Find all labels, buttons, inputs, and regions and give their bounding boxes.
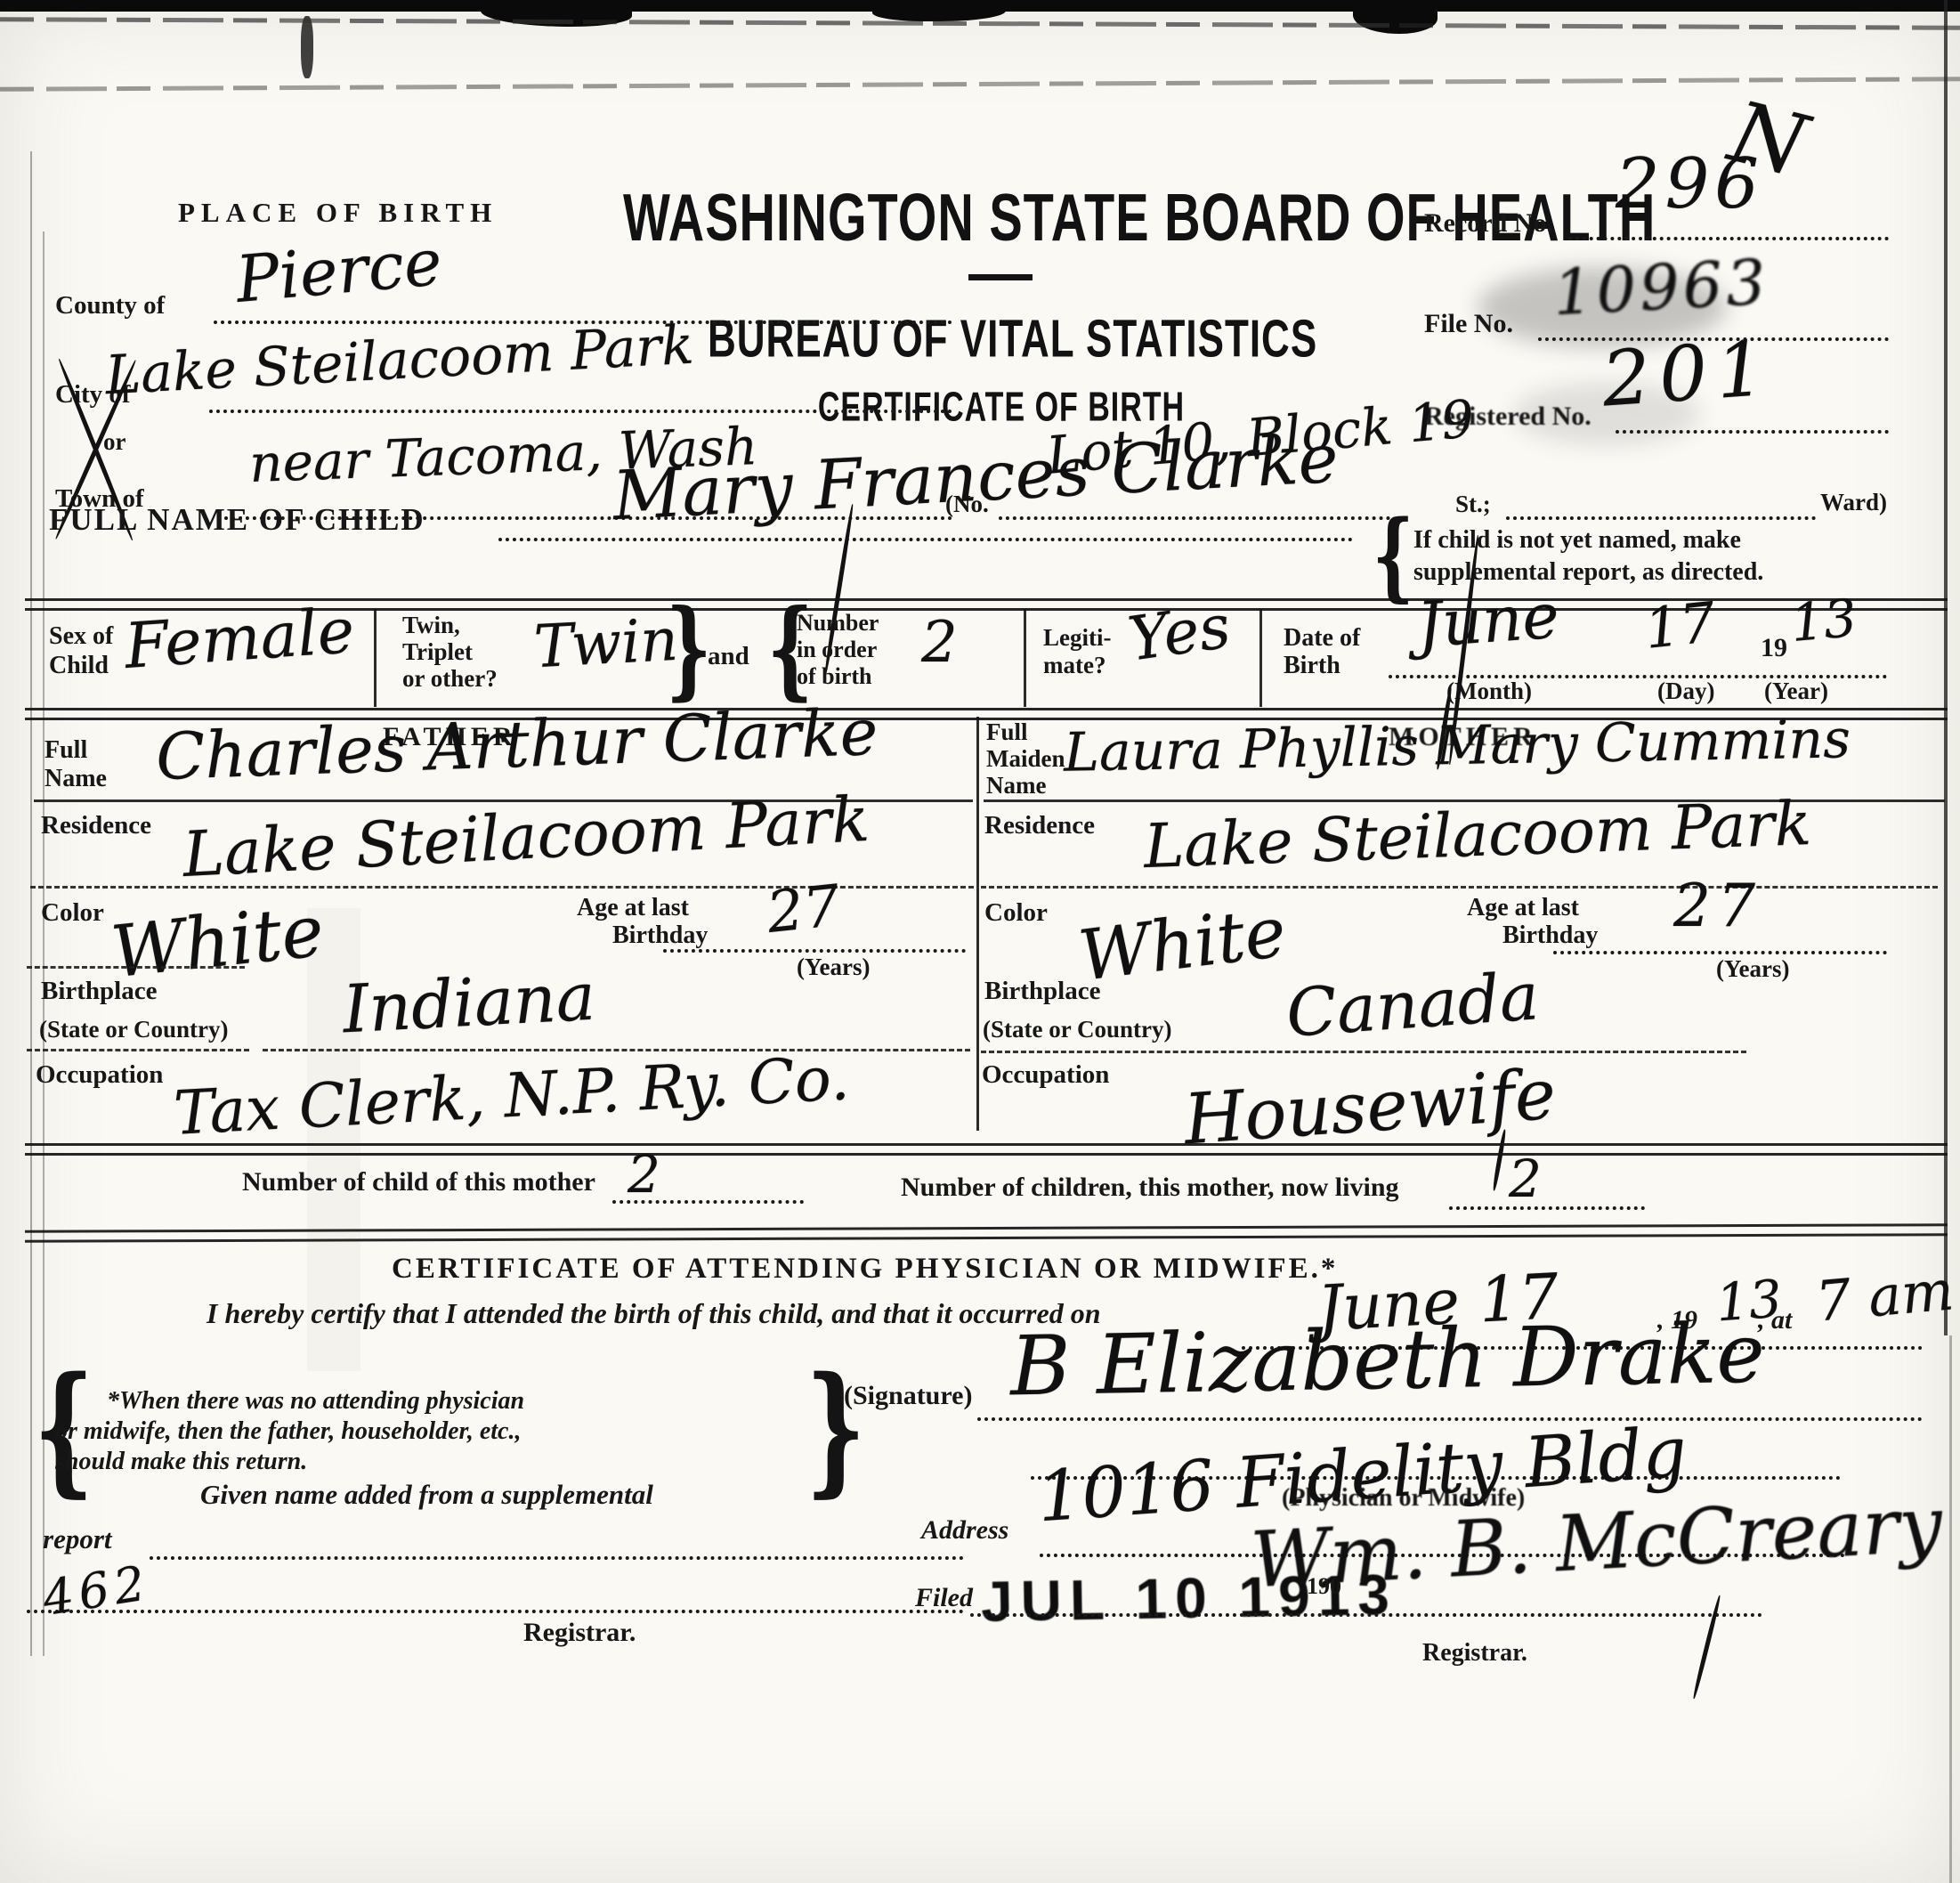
scan-noise-line (0, 77, 1960, 92)
physician-section-heading: CERTIFICATE OF ATTENDING PHYSICIAN OR MI… (392, 1254, 1338, 1286)
place-of-birth-label: PLACE OF BIRTH (178, 198, 498, 227)
registered-no-value: 201 (1600, 330, 1776, 418)
vitals-divider (374, 609, 377, 707)
twin-label-l2: Triplet (402, 639, 473, 665)
count-child-value: 2 (628, 1148, 660, 1200)
st-label: St.; (1455, 491, 1491, 517)
supplemental-note: Given name added from a supplemental (200, 1480, 653, 1511)
mother-birthplace-line (981, 1051, 1746, 1053)
order-label-l1: Number (797, 611, 879, 636)
signature-value: B Elizabeth Drake (1009, 1313, 1765, 1408)
mother-name-label-l1: Full (986, 719, 1028, 745)
filed-label: Filed (915, 1583, 973, 1613)
report-label: report (43, 1524, 112, 1555)
twin-label-l3: or other? (402, 666, 498, 692)
day-label: (Day) (1657, 678, 1714, 704)
father-birthplace-sub: (State or Country) (39, 1017, 228, 1043)
twin-brace-close: } (666, 595, 711, 702)
signature-line (977, 1417, 1923, 1421)
registered-no-line (1616, 430, 1889, 434)
dob-year-printed: 19 (1761, 634, 1787, 662)
record-no-label: Record No. (1424, 209, 1553, 238)
legitimate-label-l1: Legiti- (1043, 625, 1111, 651)
physician-note-l3: should make this return. (55, 1448, 307, 1475)
scan-right-edge-line (1949, 1335, 1952, 1883)
order-label-l2: in order (797, 637, 877, 662)
child-note-line2: supplemental report, as directed. (1413, 559, 1763, 586)
county-value: Pierce (233, 230, 444, 312)
mother-residence-value: Lake Steilacoom Park (1143, 794, 1812, 878)
count-child-label: Number of child of this mother (242, 1168, 595, 1197)
child-name-line (498, 538, 1353, 541)
father-name-label-l2: Name (45, 766, 107, 792)
lot-no-line (999, 516, 1390, 520)
county-label: County of (55, 292, 165, 320)
mother-age-line (1553, 951, 1887, 954)
father-occupation-value: Tax Clerk, N.P. Ry. Co. (173, 1049, 851, 1145)
pen-tail (1692, 1595, 1722, 1700)
scan-edge-mark (301, 16, 313, 78)
count-living-label: Number of children, this mother, now liv… (901, 1173, 1399, 1202)
city-line (209, 410, 952, 413)
vitals-divider (1259, 609, 1262, 707)
mother-age-label-l2: Birthday (1502, 922, 1598, 949)
legitimate-label-l2: mate? (1043, 653, 1106, 678)
rule-above-counts (25, 1143, 1948, 1156)
father-birthplace-line (263, 1049, 970, 1051)
registrar-left-label: Registrar. (523, 1619, 636, 1647)
or-label: or (103, 429, 126, 455)
sex-value: Female (123, 599, 356, 678)
filed-line (970, 1613, 1762, 1617)
child-note-brace: { (1373, 507, 1413, 604)
mother-occupation-label: Occupation (982, 1061, 1109, 1089)
file-no-label: File No. (1424, 310, 1513, 338)
mother-residence-label: Residence (984, 812, 1095, 840)
order-value: 2 (921, 614, 958, 671)
father-age-label-l2: Birthday (612, 922, 708, 949)
scan-top-blob (1353, 0, 1438, 34)
vitals-divider (1024, 609, 1026, 707)
dob-day-value: 17 (1642, 595, 1718, 657)
father-years-label: (Years) (797, 954, 870, 980)
physician-note-l2: or midwife, then the father, householder… (55, 1417, 521, 1445)
scan-left-edge-line (30, 151, 32, 1656)
twin-value: Twin (532, 611, 679, 677)
page-number: 462 (40, 1559, 154, 1623)
title-divider (968, 274, 1033, 280)
father-birthplace-label: Birthplace (41, 978, 158, 1005)
dob-label-l2: Birth (1284, 653, 1340, 679)
st-line (1506, 516, 1816, 520)
mother-color-label: Color (984, 899, 1048, 927)
father-age-value: 27 (765, 878, 843, 942)
scan-top-blob (872, 0, 1006, 21)
physician-note-brace-close: } (806, 1359, 866, 1499)
father-color-value: White (108, 896, 327, 989)
scanned-birth-certificate: N PLACE OF BIRTH WASHINGTON STATE BOARD … (0, 0, 1960, 1883)
mother-birthplace-value: Canada (1284, 963, 1541, 1047)
father-color-row-line (27, 966, 245, 969)
mother-name-label-l3: Name (986, 773, 1046, 799)
file-no-value: 10963 (1551, 251, 1770, 325)
twin-label-l1: Twin, (402, 613, 460, 638)
bureau-title: BUREAU OF VITAL STATISTICS (708, 310, 1295, 370)
registrar-right-label: Registrar. (1422, 1640, 1527, 1667)
sex-label-l2: Child (49, 653, 109, 679)
father-residence-value: Lake Steilacoom Park (182, 788, 871, 886)
count-living-line (1449, 1206, 1645, 1210)
mother-age-label-l1: Age at last (1467, 895, 1579, 921)
father-occupation-label: Occupation (36, 1061, 163, 1089)
certify-statement: I hereby certify that I attended the bir… (207, 1298, 1100, 1330)
father-birthplace-line-left (27, 1049, 249, 1051)
mother-name-value: Laura Phyllis Mary Cummins (1064, 712, 1851, 779)
report-line (150, 1556, 964, 1560)
parent-columns-divider (976, 717, 979, 1131)
certify-time-value: 7 am (1814, 1262, 1956, 1329)
scan-right-edge-line (1944, 0, 1948, 1335)
sex-label-l1: Sex of (49, 623, 113, 650)
signature-label: (Signature) (844, 1382, 972, 1410)
dob-label-l1: Date of (1284, 625, 1360, 652)
legitimate-value: Yes (1125, 597, 1234, 670)
mother-birthplace-label: Birthplace (984, 978, 1101, 1005)
father-residence-label: Residence (41, 812, 151, 840)
ward-label: Ward) (1820, 490, 1887, 515)
order-label-l3: of birth (797, 664, 872, 689)
mother-birthplace-sub: (State or Country) (983, 1017, 1171, 1043)
year-label: (Year) (1764, 678, 1828, 704)
mother-color-value: White (1075, 897, 1290, 992)
dob-month-value: June (1415, 585, 1561, 657)
father-age-line (663, 949, 966, 953)
board-title: WASHINGTON STATE BOARD OF HEALTH (623, 178, 1380, 256)
registrar-left-line (27, 1610, 964, 1613)
father-color-label: Color (41, 899, 104, 927)
father-birthplace-value: Indiana (341, 964, 596, 1043)
record-no-line (1568, 237, 1889, 240)
child-note-line1: If child is not yet named, make (1413, 527, 1741, 554)
mother-years-label: (Years) (1716, 956, 1789, 982)
address-label: Address (921, 1515, 1008, 1546)
father-name-label-l1: Full (45, 737, 87, 764)
child-name-label: FULL NAME OF CHILD (49, 503, 425, 537)
and-label: and (708, 643, 749, 670)
dob-year-written: 13 (1789, 592, 1859, 649)
physician-note-l1: *When there was no attending physician (107, 1387, 524, 1415)
city-value: Lake Steilacoom Park (104, 319, 695, 403)
mother-residence-line (981, 886, 1938, 889)
record-no-value: 296 (1616, 150, 1764, 219)
father-age-label-l1: Age at last (577, 895, 689, 921)
mother-age-value: 27 (1673, 877, 1762, 936)
mother-name-label-l2: Maiden (986, 746, 1065, 772)
count-living-value: 2 (1509, 1153, 1542, 1205)
